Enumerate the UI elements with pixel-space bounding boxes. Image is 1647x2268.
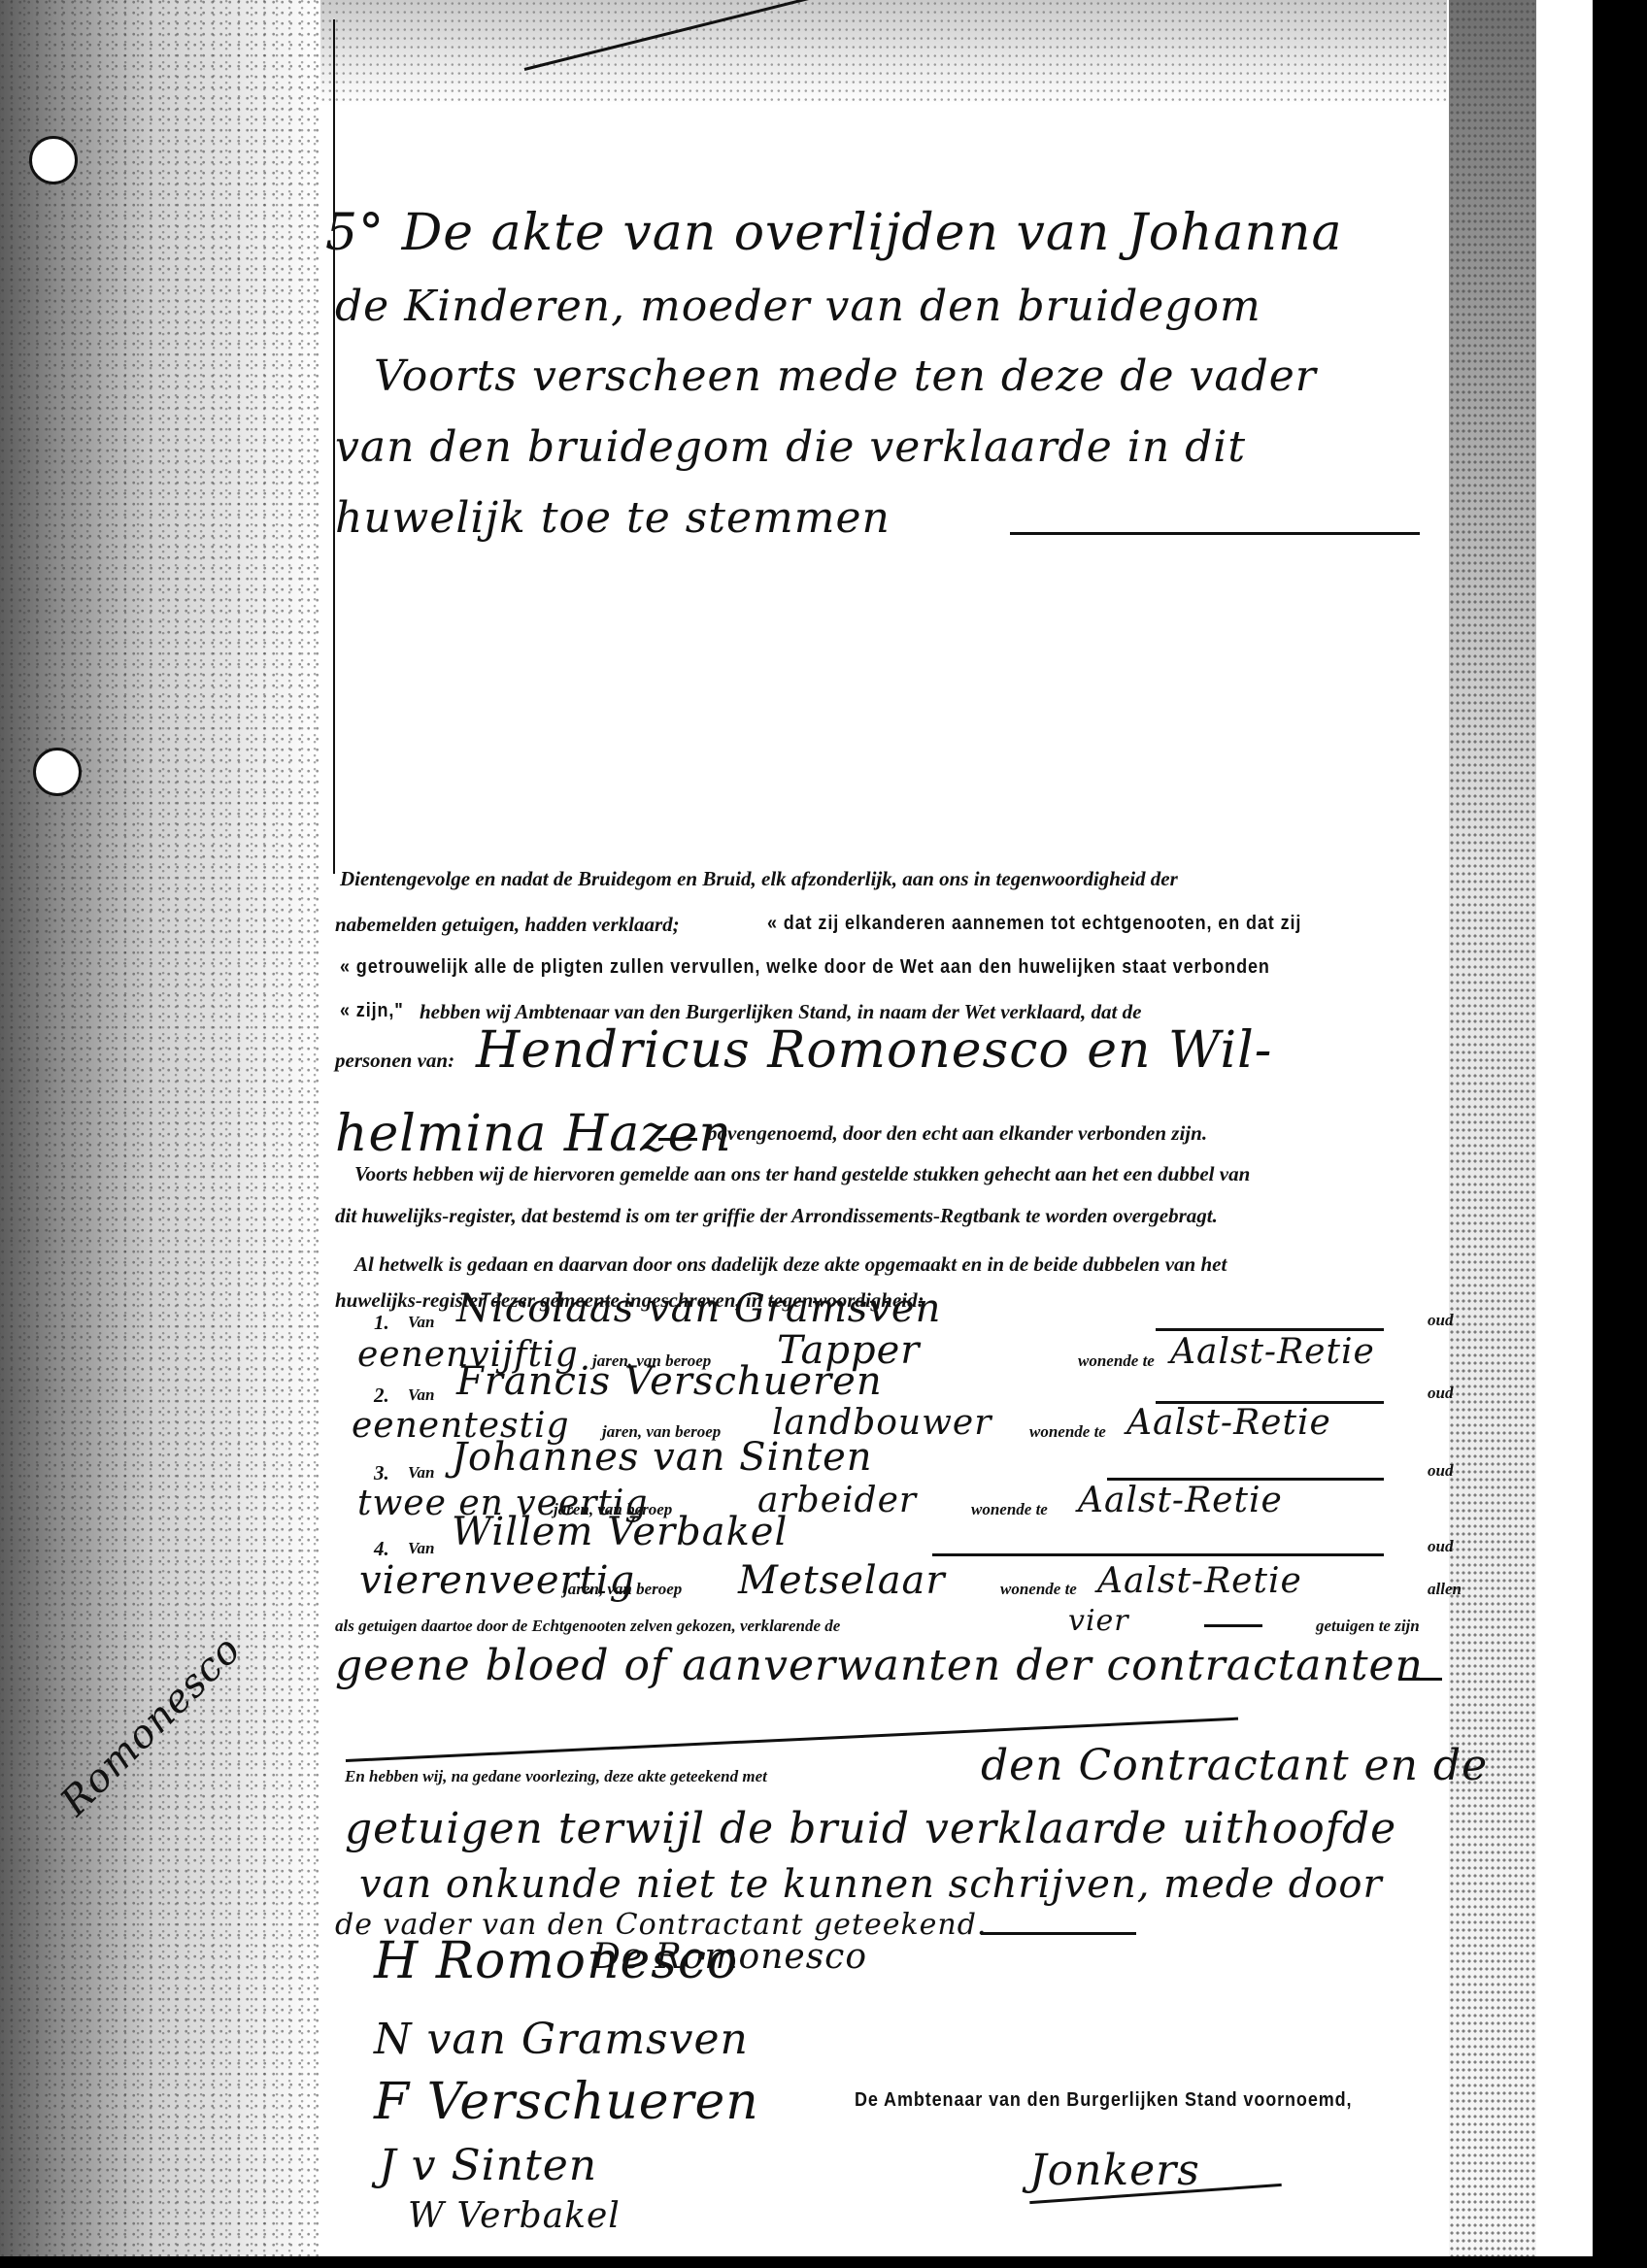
signature-father: De Romonesco (592, 1937, 867, 1977)
declaration-line-plain: « zijn," (340, 1000, 404, 1022)
signing-hand-line: den Contractant en de (981, 1741, 1488, 1790)
declaration-line-plain: « dat zij elkanderen aannemen tot echtge… (767, 913, 1301, 935)
signature-witness-1: N van Gramsven (374, 2015, 749, 2064)
handwritten-line: de Kinderen, moeder van den bruidegom (335, 282, 1261, 331)
witness-oud-label: oud (1428, 1384, 1453, 1403)
punch-hole-top (29, 136, 78, 184)
official-signature: Jonkers (1029, 2146, 1200, 2195)
attachments-line: dit huwelijks-register, dat bestemd is o… (335, 1204, 1218, 1228)
signature-witness-3: J v Sinten (379, 2141, 597, 2190)
signature-witness-2: F Verschueren (374, 2073, 759, 2131)
declaration-line: « getrouwelijk alle de pligten zullen ve… (340, 956, 1270, 979)
signing-hand-line: getuigen terwijl de bruid verklaarde uit… (345, 1804, 1396, 1853)
witness-wonende-label: wonende te (971, 1500, 1048, 1519)
witness-clause-print-end: getuigen te zijn (1316, 1617, 1420, 1636)
witness-occupation: Metselaar (738, 1558, 946, 1603)
official-label: De Ambtenaar van den Burgerlijken Stand … (855, 2089, 1352, 2112)
document-page: 5° De akte van overlijden van Johanna de… (0, 0, 1593, 2256)
declaration-line: bovengenoemd, door den echt aan elkander… (707, 1121, 1207, 1146)
couple-names-hand: Hendricus Romonesco en Wil- (476, 1021, 1272, 1080)
scan-noise-right (1449, 0, 1536, 2256)
fill-line (1010, 532, 1420, 535)
witness-van-label: Van (408, 1313, 434, 1332)
witness-name: Nicolaas van Gramsven (456, 1286, 941, 1331)
handwritten-line: Voorts verscheen mede ten deze de vader (374, 351, 1317, 401)
witness-oud-label: oud (1428, 1461, 1453, 1481)
witness-wonende-label: wonende te (1029, 1422, 1106, 1442)
signature-witness-4: W Verbakel (408, 2196, 621, 2236)
fill-line (981, 1932, 1136, 1935)
declaration-line: Dientengevolge en nadat de Bruidegom en … (340, 867, 1178, 891)
witness-name: Francis Verschueren (456, 1359, 883, 1404)
witness-name: Johannes van Sinten (452, 1435, 873, 1480)
fill-line (1398, 1678, 1442, 1681)
handwritten-line: 5° De akte van overlijden van Johanna (325, 204, 1343, 262)
witness-number: 2. (374, 1384, 389, 1408)
handwritten-line: huwelijk toe te stemmen (335, 493, 891, 543)
signing-print: En hebben wij, na gedane voorlezing, dez… (345, 1767, 767, 1786)
witness-residence: Aalst-Retie (1126, 1403, 1331, 1443)
drawn-up-line: Al hetwelk is gedaan en daarvan door ons… (354, 1252, 1227, 1277)
fill-line (1156, 1328, 1384, 1331)
witness-residence: Aalst-Retie (1170, 1332, 1375, 1372)
witness-number: 3. (374, 1461, 389, 1485)
fill-line (932, 1553, 1384, 1556)
personen-label: personen van: (335, 1049, 454, 1073)
bride-name-hand: helmina Hazen (335, 1105, 732, 1163)
witness-clause-print: als getuigen daartoe door de Echtgenoote… (335, 1617, 840, 1636)
scan-noise-top (320, 0, 1447, 107)
witness-number: 1. (374, 1311, 389, 1335)
witness-residence: Aalst-Retie (1097, 1561, 1302, 1601)
signing-hand-line: van onkunde niet te kunnen schrijven, me… (359, 1862, 1383, 1907)
witness-wonende-label: wonende te (1000, 1580, 1077, 1599)
witness-oud-label: oud (1428, 1311, 1453, 1330)
punch-hole-middle (33, 748, 82, 796)
witness-allen-label: allen (1428, 1580, 1462, 1599)
witness-van-label: Van (408, 1385, 434, 1405)
witness-clause-hand: geene bloed of aanverwanten der contract… (335, 1641, 1424, 1690)
witness-residence: Aalst-Retie (1078, 1481, 1283, 1520)
fill-line (658, 1138, 697, 1141)
witness-van-label: Van (408, 1539, 434, 1558)
witness-name: Willem Verbakel (452, 1510, 788, 1554)
witness-oud-label: oud (1428, 1537, 1453, 1556)
attachments-line: Voorts hebben wij de hiervoren gemelde a… (354, 1162, 1250, 1186)
fill-line (1204, 1624, 1262, 1627)
witness-jaren-label: jaren, van beroep (563, 1580, 682, 1599)
witness-wonende-label: wonende te (1078, 1351, 1155, 1371)
declaration-line-italic: nabemelden getuigen, hadden verklaard; (335, 913, 680, 937)
scan-noise-left (0, 0, 320, 2256)
witness-van-label: Van (408, 1463, 434, 1483)
witness-count-hand: vier (1068, 1604, 1129, 1638)
handwritten-line: van den bruidegom die verklaarde in dit (335, 422, 1246, 472)
